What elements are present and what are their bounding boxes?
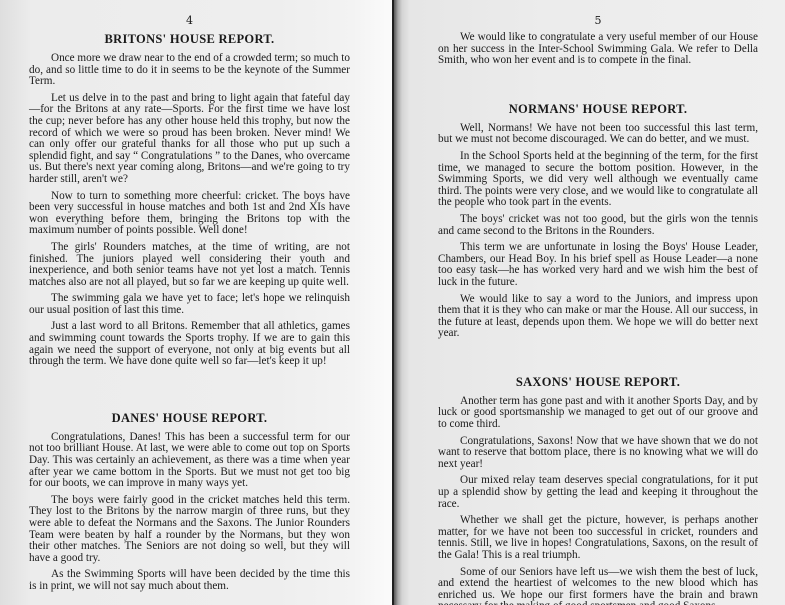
section-spacer (438, 345, 758, 375)
britons-report: BRITONS' HOUSE REPORT. Once more we draw… (29, 32, 350, 368)
britons-paragraph: Let us delve in to the past and bring to… (29, 93, 350, 186)
section-spacer (29, 373, 350, 411)
page-number-left: 4 (29, 14, 350, 27)
britons-paragraph: Now to turn to something more cheerful: … (29, 191, 350, 237)
saxons-paragraph: Whether we shall get the picture, howeve… (438, 515, 758, 561)
danes-paragraph: The boys were fairly good in the cricket… (29, 495, 350, 565)
saxons-paragraph: Another term has gone past and with it a… (438, 396, 758, 431)
normans-paragraph: In the School Sports held at the beginni… (438, 151, 758, 209)
britons-paragraph: The swimming gala we have yet to face; l… (29, 293, 350, 316)
intro-paragraph: We would like to congratulate a very use… (438, 32, 758, 67)
normans-paragraph: This term we are unfortunate in losing t… (438, 242, 758, 288)
danes-paragraph: As the Swimming Sports will have been de… (29, 569, 350, 592)
right-page: 5 We would like to congratulate a very u… (392, 0, 785, 605)
saxons-paragraph: Some of our Seniors have left us—we wish… (438, 567, 758, 605)
normans-report: NORMANS' HOUSE REPORT. Well, Normans! We… (438, 102, 758, 340)
left-page: 4 BRITONS' HOUSE REPORT. Once more we dr… (0, 0, 392, 605)
saxons-paragraph: Our mixed relay team deserves special co… (438, 475, 758, 510)
normans-paragraph: Well, Normans! We have not been too succ… (438, 123, 758, 146)
danes-heading: DANES' HOUSE REPORT. (29, 411, 350, 426)
normans-paragraph: The boys' cricket was not too good, but … (438, 214, 758, 237)
saxons-paragraph: Congratulations, Saxons! Now that we hav… (438, 436, 758, 471)
page-number-right: 5 (438, 14, 758, 27)
section-spacer (438, 72, 758, 102)
normans-paragraph: We would like to say a word to the Junio… (438, 294, 758, 340)
normans-heading: NORMANS' HOUSE REPORT. (438, 102, 758, 117)
danes-paragraph: Congratulations, Danes! This has been a … (29, 432, 350, 490)
saxons-heading: SAXONS' HOUSE REPORT. (438, 375, 758, 390)
book-spine-divider (392, 0, 394, 605)
saxons-report: SAXONS' HOUSE REPORT. Another term has g… (438, 375, 758, 605)
britons-heading: BRITONS' HOUSE REPORT. (29, 32, 350, 47)
britons-paragraph: Once more we draw near to the end of a c… (29, 53, 350, 88)
britons-paragraph: The girls' Rounders matches, at the time… (29, 242, 350, 288)
britons-paragraph: Just a last word to all Britons. Remembe… (29, 321, 350, 367)
danes-report: DANES' HOUSE REPORT. Congratulations, Da… (29, 411, 350, 593)
